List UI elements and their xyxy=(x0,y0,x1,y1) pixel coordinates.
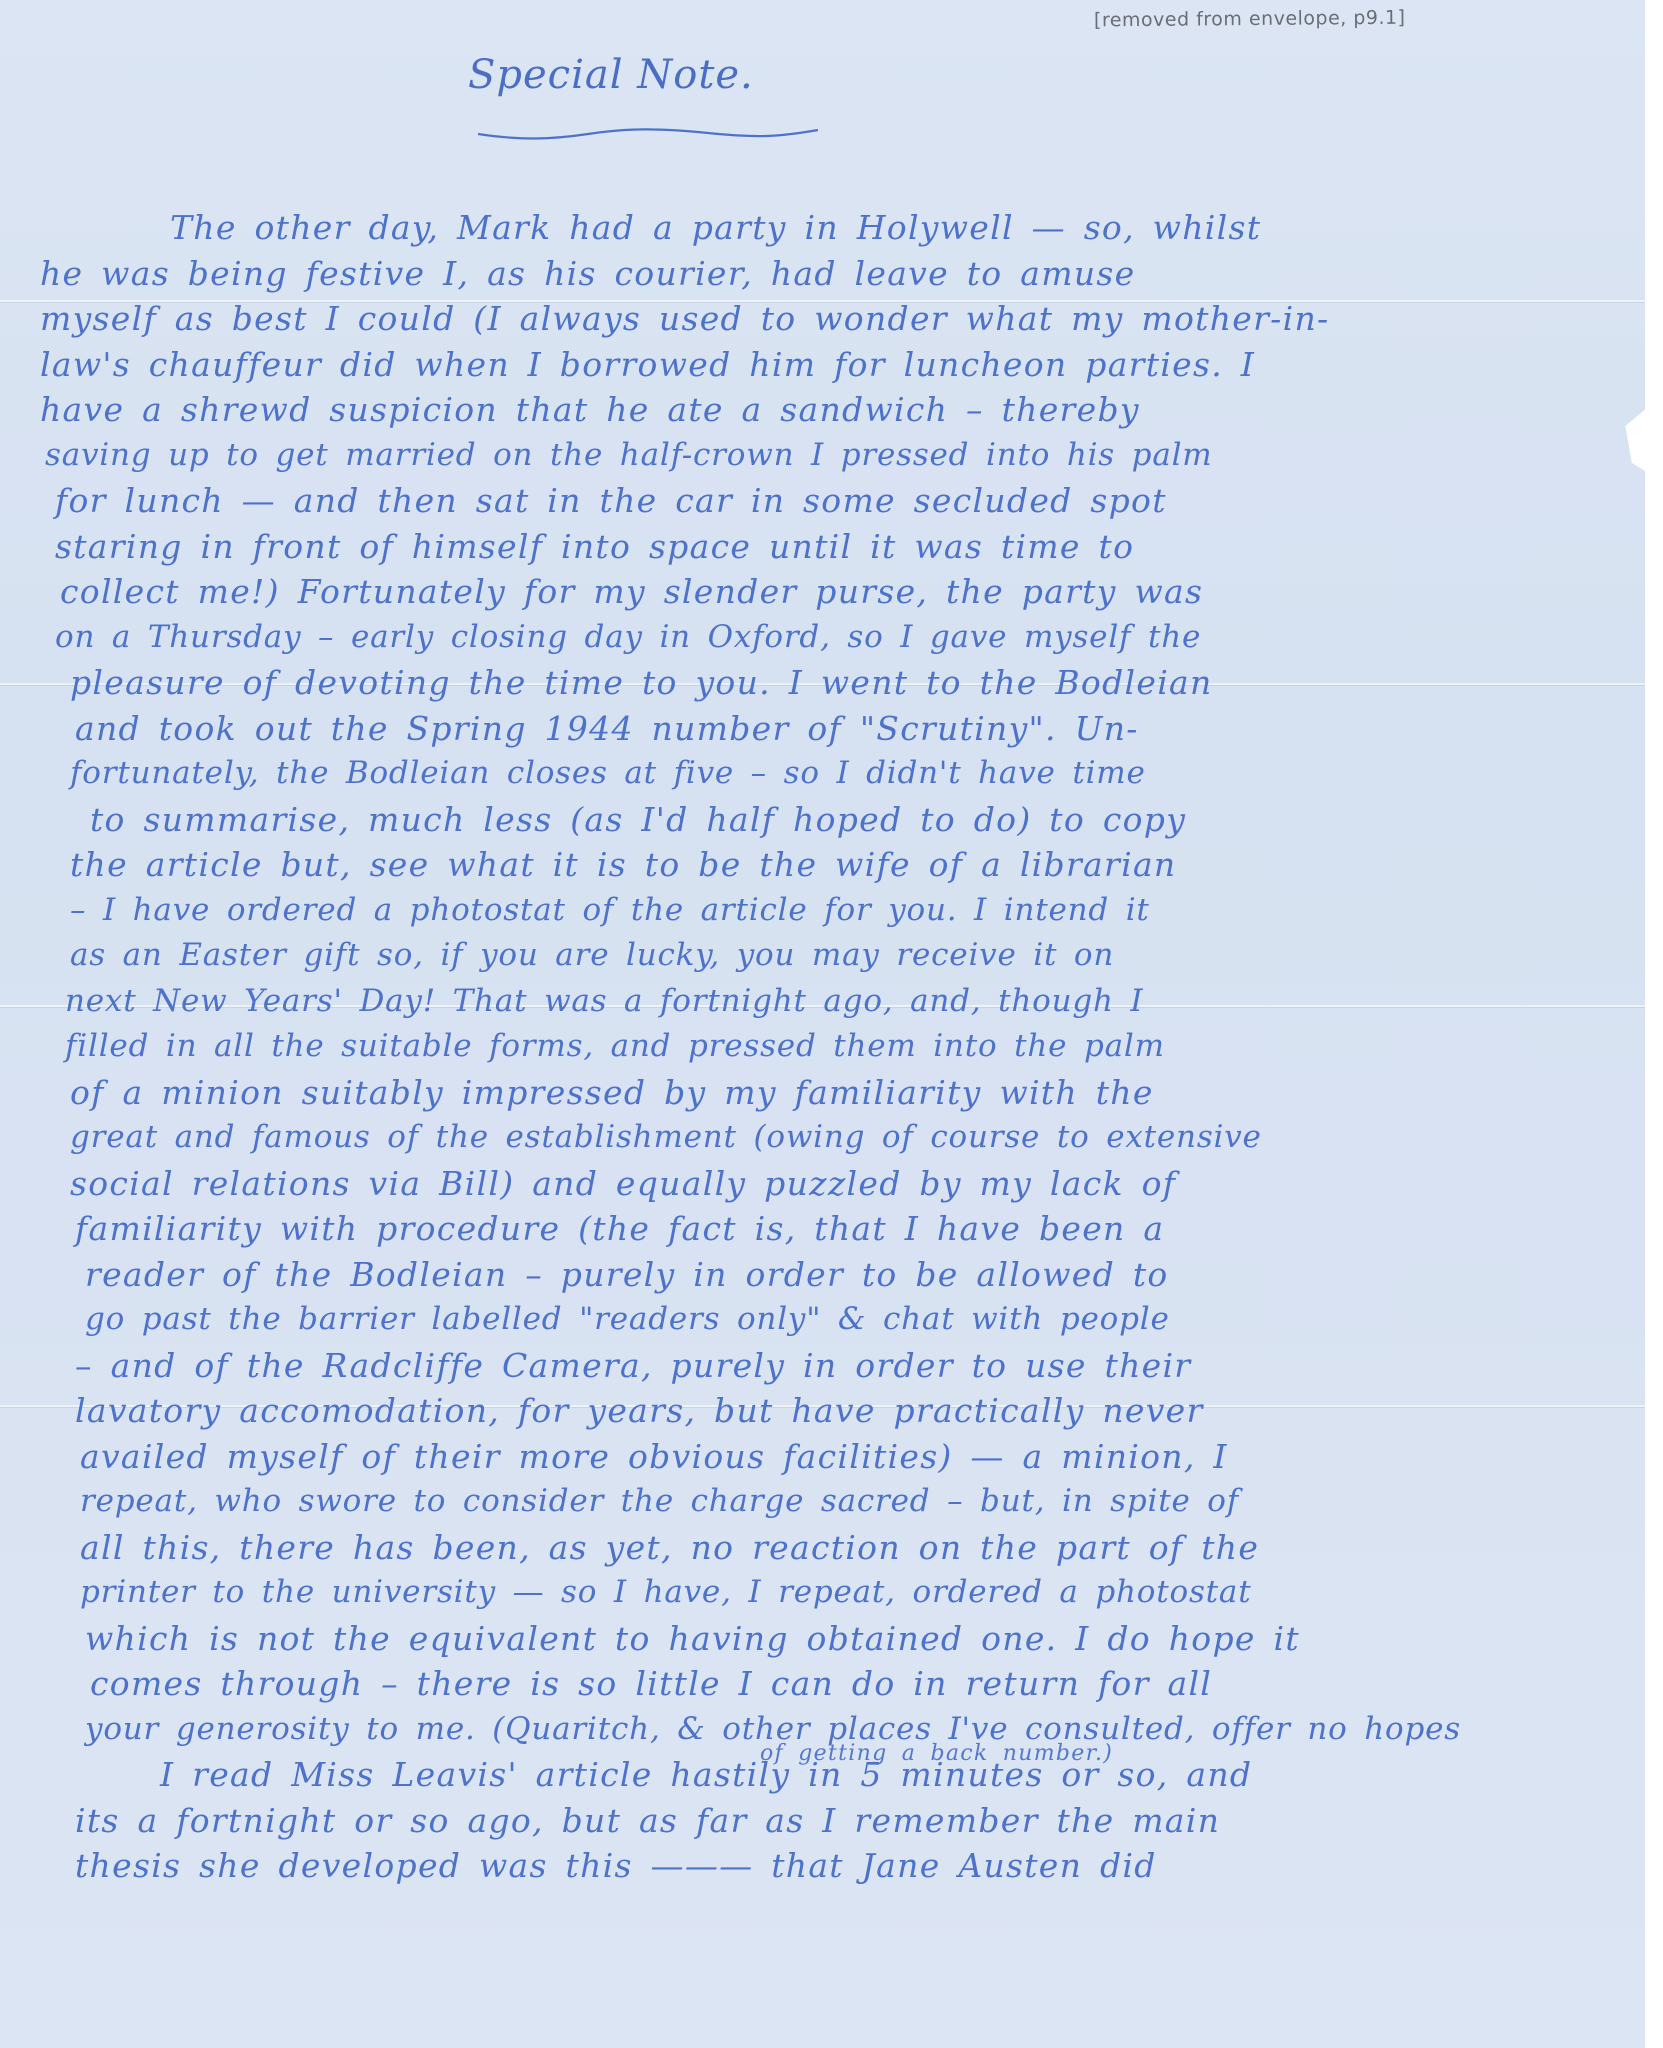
title-wavy-underline xyxy=(478,128,818,142)
letter-line: – and of the Radcliffe Camera, purely in… xyxy=(75,1343,1620,1389)
letter-line: availed myself of their more obvious fac… xyxy=(80,1434,1620,1480)
letter-line: thesis she developed was this ——— that J… xyxy=(75,1843,1620,1889)
letter-title: Special Note. xyxy=(468,52,754,98)
letter-line: saving up to get married on the half-cro… xyxy=(45,433,1620,479)
letter-line: he was being festive I, as his courier, … xyxy=(40,251,1620,297)
letter-line: The other day, Mark had a party in Holyw… xyxy=(140,205,1620,251)
letter-line: of a minion suitably impressed by my fam… xyxy=(70,1070,1620,1116)
letter-line: staring in front of himself into space u… xyxy=(55,524,1620,570)
letter-line: next New Years' Day! That was a fortnigh… xyxy=(65,979,1620,1025)
letter-line: go past the barrier labelled "readers on… xyxy=(85,1297,1620,1343)
letter-line: as an Easter gift so, if you are lucky, … xyxy=(70,933,1620,979)
letter-line: familiarity with procedure (the fact is,… xyxy=(75,1206,1620,1252)
letter-line: pleasure of devoting the time to you. I … xyxy=(70,660,1620,706)
letter-line: to summarise, much less (as I'd half hop… xyxy=(90,797,1620,843)
letter-line: all this, there has been, as yet, no rea… xyxy=(80,1525,1620,1571)
letter-line: law's chauffeur did when I borrowed him … xyxy=(40,342,1620,388)
letter-line: its a fortnight or so ago, but as far as… xyxy=(75,1798,1620,1844)
letter-line: fortunately, the Bodleian closes at five… xyxy=(70,751,1620,797)
letter-line: for lunch — and then sat in the car in s… xyxy=(55,478,1620,524)
letter-line: printer to the university — so I have, I… xyxy=(80,1570,1620,1616)
letter-line: social relations via Bill) and equally p… xyxy=(70,1161,1620,1207)
letter-line: comes through – there is so little I can… xyxy=(90,1661,1620,1707)
letter-line: myself as best I could (I always used to… xyxy=(40,296,1620,342)
letter-line: lavatory accomodation, for years, but ha… xyxy=(75,1388,1620,1434)
letter-line: the article but, see what it is to be th… xyxy=(70,842,1620,888)
letter-line: repeat, who swore to consider the charge… xyxy=(80,1479,1620,1525)
letter-line: have a shrewd suspicion that he ate a sa… xyxy=(40,387,1620,433)
letter-line: filled in all the suitable forms, and pr… xyxy=(65,1024,1620,1070)
letter-line: and took out the Spring 1944 number of "… xyxy=(75,706,1620,752)
letter-line: – I have ordered a photostat of the arti… xyxy=(70,888,1620,934)
letter-line: great and famous of the establishment (o… xyxy=(70,1115,1620,1161)
letter-line: I read Miss Leavis' article hastily in 5… xyxy=(130,1752,1620,1798)
letter-line: which is not the equivalent to having ob… xyxy=(85,1616,1620,1662)
letter-line: reader of the Bodleian – purely in order… xyxy=(85,1252,1620,1298)
archival-annotation: [removed from envelope, p9.1] xyxy=(1094,7,1406,32)
letter-body: The other day, Mark had a party in Holyw… xyxy=(140,205,1620,1889)
letter-line: on a Thursday – early closing day in Oxf… xyxy=(55,615,1620,661)
letter-line: collect me!) Fortunately for my slender … xyxy=(60,569,1620,615)
